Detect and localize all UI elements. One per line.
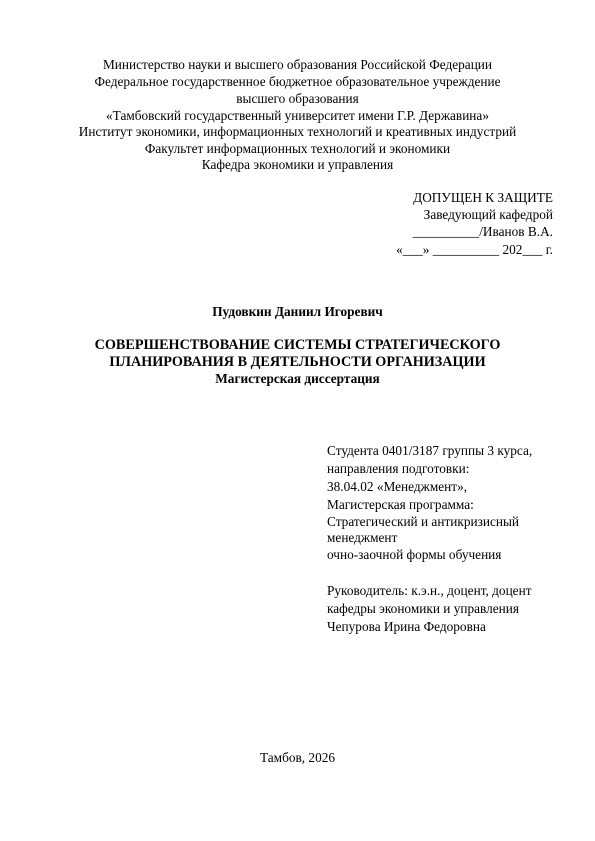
supervisor-line: Руководитель: к.э.н., доцент, доцент — [327, 583, 532, 599]
thesis-type: Магистерская диссертация — [0, 371, 595, 387]
student-info-line: Стратегический и антикризисный — [327, 514, 519, 530]
header-line-department: Кафедра экономики и управления — [0, 157, 595, 173]
student-info-line: менеджмент — [327, 530, 397, 546]
student-info-line: направления подготовки: — [327, 461, 469, 477]
approval-date: «___» __________ 202___ г. — [396, 242, 553, 258]
header-line-institute: Институт экономики, информационных техно… — [0, 124, 595, 140]
student-info-line: очно-заочной формы обучения — [327, 547, 501, 563]
student-info-line: 38.04.02 «Менеджмент», — [327, 479, 467, 495]
header-line-university: «Тамбовский государственный университет … — [0, 108, 595, 124]
approval-title: ДОПУЩЕН К ЗАЩИТЕ — [413, 190, 553, 206]
approval-signature: __________/Иванов В.А. — [413, 224, 553, 240]
student-info-line: Студента 0401/3187 группы 3 курса, — [327, 443, 532, 459]
thesis-title-line-1: СОВЕРШЕНСТВОВАНИЕ СИСТЕМЫ СТРАТЕГИЧЕСКОГ… — [0, 337, 595, 353]
thesis-title-line-2: ПЛАНИРОВАНИЯ В ДЕЯТЕЛЬНОСТИ ОРГАНИЗАЦИИ — [0, 354, 595, 370]
city-year: Тамбов, 2026 — [0, 750, 595, 766]
author-name: Пудовкин Даниил Игоревич — [0, 304, 595, 320]
header-line-ministry: Министерство науки и высшего образования… — [0, 57, 595, 73]
supervisor-line: Чепурова Ирина Федоровна — [327, 619, 486, 635]
header-line-education-level: высшего образования — [0, 91, 595, 107]
student-info-line: Магистерская программа: — [327, 497, 474, 513]
approval-position: Заведующий кафедрой — [424, 207, 553, 223]
supervisor-line: кафедры экономики и управления — [327, 601, 519, 617]
header-line-institution-type: Федеральное государственное бюджетное об… — [0, 74, 595, 90]
header-line-faculty: Факультет информационных технологий и эк… — [0, 141, 595, 157]
